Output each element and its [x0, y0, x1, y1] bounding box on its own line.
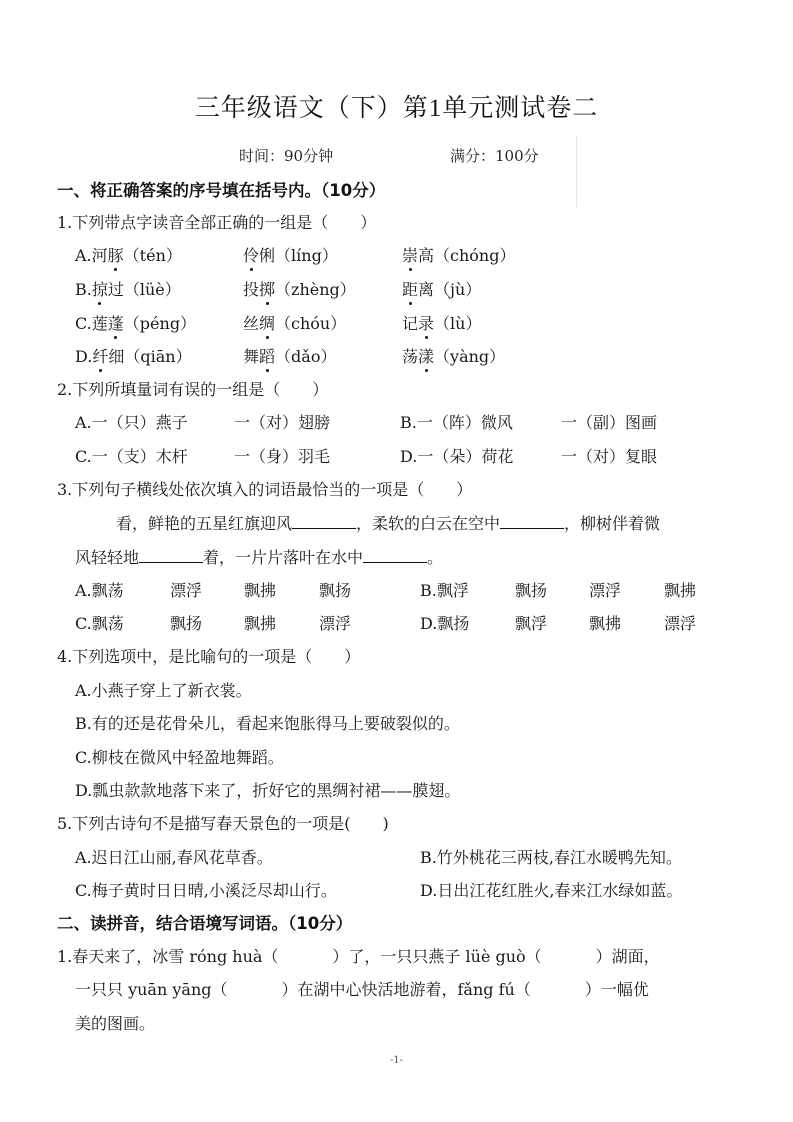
q1-option-b: B.掠过（lüè）	[75, 277, 181, 300]
fill-blank-4[interactable]	[363, 548, 427, 563]
q2-option-b-2: 一（副）图画	[561, 410, 657, 433]
q3-option-a-word: 飘扬	[319, 578, 351, 601]
q5-option-a: A.迟日江山丽,春风花草香。	[75, 845, 273, 868]
q4-option-c: C.柳枝在微风中轻盈地舞蹈。	[75, 745, 284, 768]
q1-option-b-3: 距离（jù）	[402, 277, 481, 300]
q3-option-d-label: D.飘扬	[420, 611, 469, 634]
q3-option-a-label: A.飘荡	[75, 578, 124, 601]
q3-option-d-word: 飘浮	[515, 611, 547, 634]
exam-full-score: 满分：100分	[450, 145, 539, 166]
q3-passage-line2: 风轻轻地着，一片片落叶在水中。	[75, 545, 443, 568]
q3-option-b-word: 飘扬	[515, 578, 547, 601]
page-number: -1-	[0, 1055, 793, 1066]
q3-option-d-word: 漂浮	[664, 611, 696, 634]
question-4-stem: 4.下列选项中，是比喻句的一项是（ ）	[57, 644, 360, 667]
q5-option-d: D.日出江花红胜火,春来江水绿如蓝。	[420, 878, 682, 901]
q3-option-c-label: C.飘荡	[75, 611, 124, 634]
q3-option-b-word: 漂浮	[589, 578, 621, 601]
q3-option-b-word: 飘拂	[664, 578, 696, 601]
exam-page: 三年级语文（下）第1单元测试卷二 时间：90分钟 满分：100分 一、将正确答案…	[0, 0, 793, 1122]
q1-option-c-3: 记录（lù）	[402, 311, 481, 334]
q3-passage-line1: 看，鲜艳的五星红旗迎风，柔软的白云在空中，柳树伴着微	[116, 511, 660, 534]
page-title: 三年级语文（下）第1单元测试卷二	[0, 88, 793, 124]
question-1-stem: 1.下列带点字读音全部正确的一组是（ ）	[57, 210, 376, 233]
q5-option-b: B.竹外桃花三两枝,春江水暖鸭先知。	[420, 845, 682, 868]
divider	[576, 135, 577, 207]
fill-blank-3[interactable]	[139, 548, 203, 563]
q5-option-c: C.梅子黄时日日晴,小溪泛尽却山行。	[75, 878, 337, 901]
question-5-stem: 5.下列古诗句不是描写春天景色的一项是( )	[57, 811, 389, 834]
q1-option-d-2: 舞蹈（dǎo）	[243, 344, 336, 367]
section-heading-1: 一、将正确答案的序号填在括号内。（10分）	[57, 177, 385, 201]
fill-blank-2[interactable]	[500, 514, 564, 529]
q1-option-a-2: 伶俐（líng）	[243, 243, 338, 266]
q2-option-d-2: 一（对）复眼	[561, 444, 657, 467]
q4-option-a: A.小燕子穿上了新衣裳。	[75, 678, 252, 701]
q3-option-c-word: 飘扬	[170, 611, 202, 634]
q1-option-a-3: 崇高（chóng）	[402, 243, 515, 266]
q1-option-d-3: 荡漾（yàng）	[402, 344, 505, 367]
q4-option-b: B.有的还是花骨朵儿，看起来饱胀得马上要破裂似的。	[75, 711, 460, 734]
q1-option-c-2: 丝绸（chóu）	[243, 311, 346, 334]
q2-option-d: D.一（朵）荷花	[400, 444, 513, 467]
q2-option-a: A.一（只）燕子	[75, 410, 188, 433]
q3-option-a-word: 漂浮	[170, 578, 202, 601]
q3-option-c-word: 飘拂	[244, 611, 276, 634]
s2-q1-line2: 一只只 yuān yāng（）在湖中心快活地游着，fǎng fú（）一幅优	[75, 977, 649, 1000]
q2-option-c-2: 一（身）羽毛	[234, 444, 330, 467]
q1-option-b-2: 投掷（zhèng）	[243, 277, 356, 300]
q1-option-a: A.河豚（tén）	[75, 243, 182, 266]
q1-option-d: D.纤细（qiān）	[75, 344, 192, 367]
s2-q1-line1: 1.春天来了，冰雪 róng huà（）了，一只只燕子 lüè guò（）湖面，	[57, 944, 660, 967]
q2-option-c: C.一（支）木杆	[75, 444, 188, 467]
q3-option-b-label: B.飘浮	[420, 578, 469, 601]
section-heading-2: 二、读拼音，结合语境写词语。（10分）	[57, 910, 352, 934]
q4-option-d: D.瓢虫款款地落下来了，折好它的黑绸衬裙——膜翅。	[75, 778, 460, 801]
q3-option-d-word: 飘拂	[589, 611, 621, 634]
question-3-stem: 3.下列句子横线处依次填入的词语最恰当的一项是（ ）	[57, 477, 472, 500]
q3-option-c-word: 漂浮	[319, 611, 351, 634]
question-2-stem: 2.下列所填量词有误的一组是（ ）	[57, 377, 328, 400]
q2-option-b: B.一（阵）微风	[400, 410, 513, 433]
q3-option-a-word: 飘拂	[244, 578, 276, 601]
s2-q1-line3: 美的图画。	[75, 1011, 155, 1034]
exam-time: 时间：90分钟	[239, 145, 333, 166]
fill-blank-1[interactable]	[292, 514, 356, 529]
q1-option-c: C.莲蓬（péng）	[75, 311, 196, 334]
q2-option-a-2: 一（对）翅膀	[234, 410, 330, 433]
